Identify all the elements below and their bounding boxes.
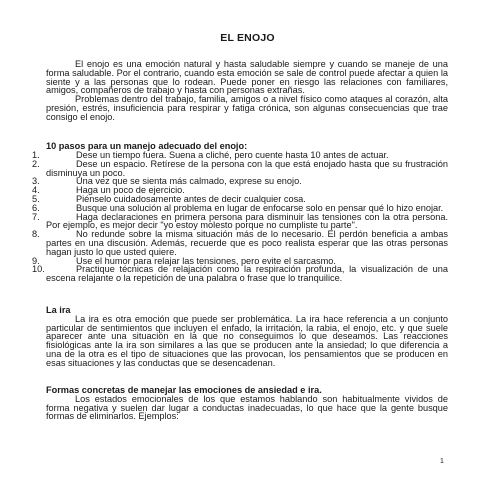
formas-paragraph: Los estados emocionales de los que estam… [46, 395, 448, 421]
intro-section: El enojo es una emoción natural y hasta … [46, 60, 448, 122]
page-number: 1 [440, 458, 444, 465]
step-text: Haga declaraciones en primera persona pa… [46, 213, 448, 231]
step-text: Dese un espacio. Retírese de la persona … [46, 160, 448, 178]
intro-paragraph-1: El enojo es una emoción natural y hasta … [46, 60, 448, 95]
step-number: 7. [32, 213, 40, 222]
step-text: No redunde sobre la misma situación más … [46, 230, 448, 256]
ira-paragraph: La ira es otra emoción que puede ser pro… [46, 315, 448, 368]
step-number: 8. [32, 230, 40, 239]
intro-paragraph-2: Problemas dentro del trabajo, familia, a… [46, 95, 448, 121]
list-item: 8.No redunde sobre la misma situación má… [0, 230, 448, 256]
list-item: 7.Haga declaraciones en primera persona … [0, 213, 448, 231]
step-number: 10. [32, 265, 45, 274]
list-item: 3.Una vez que se sienta más calmado, exp… [0, 177, 448, 186]
steps-list: 1.Dese un tiempo fuera. Suena a cliché, … [0, 151, 448, 283]
document-title: EL ENOJO [0, 32, 495, 44]
formas-section: Formas concretas de manejar las emocione… [46, 386, 448, 421]
step-number: 2. [32, 160, 40, 169]
list-item: 2.Dese un espacio. Retírese de la person… [0, 160, 448, 178]
list-item: 10.Practique técnicas de relajación como… [0, 265, 448, 283]
document-page: EL ENOJO El enojo es una emoción natural… [0, 0, 495, 495]
ira-section: La ira La ira es otra emoción que puede … [46, 306, 448, 368]
step-text: Practique técnicas de relajación como la… [46, 265, 448, 283]
